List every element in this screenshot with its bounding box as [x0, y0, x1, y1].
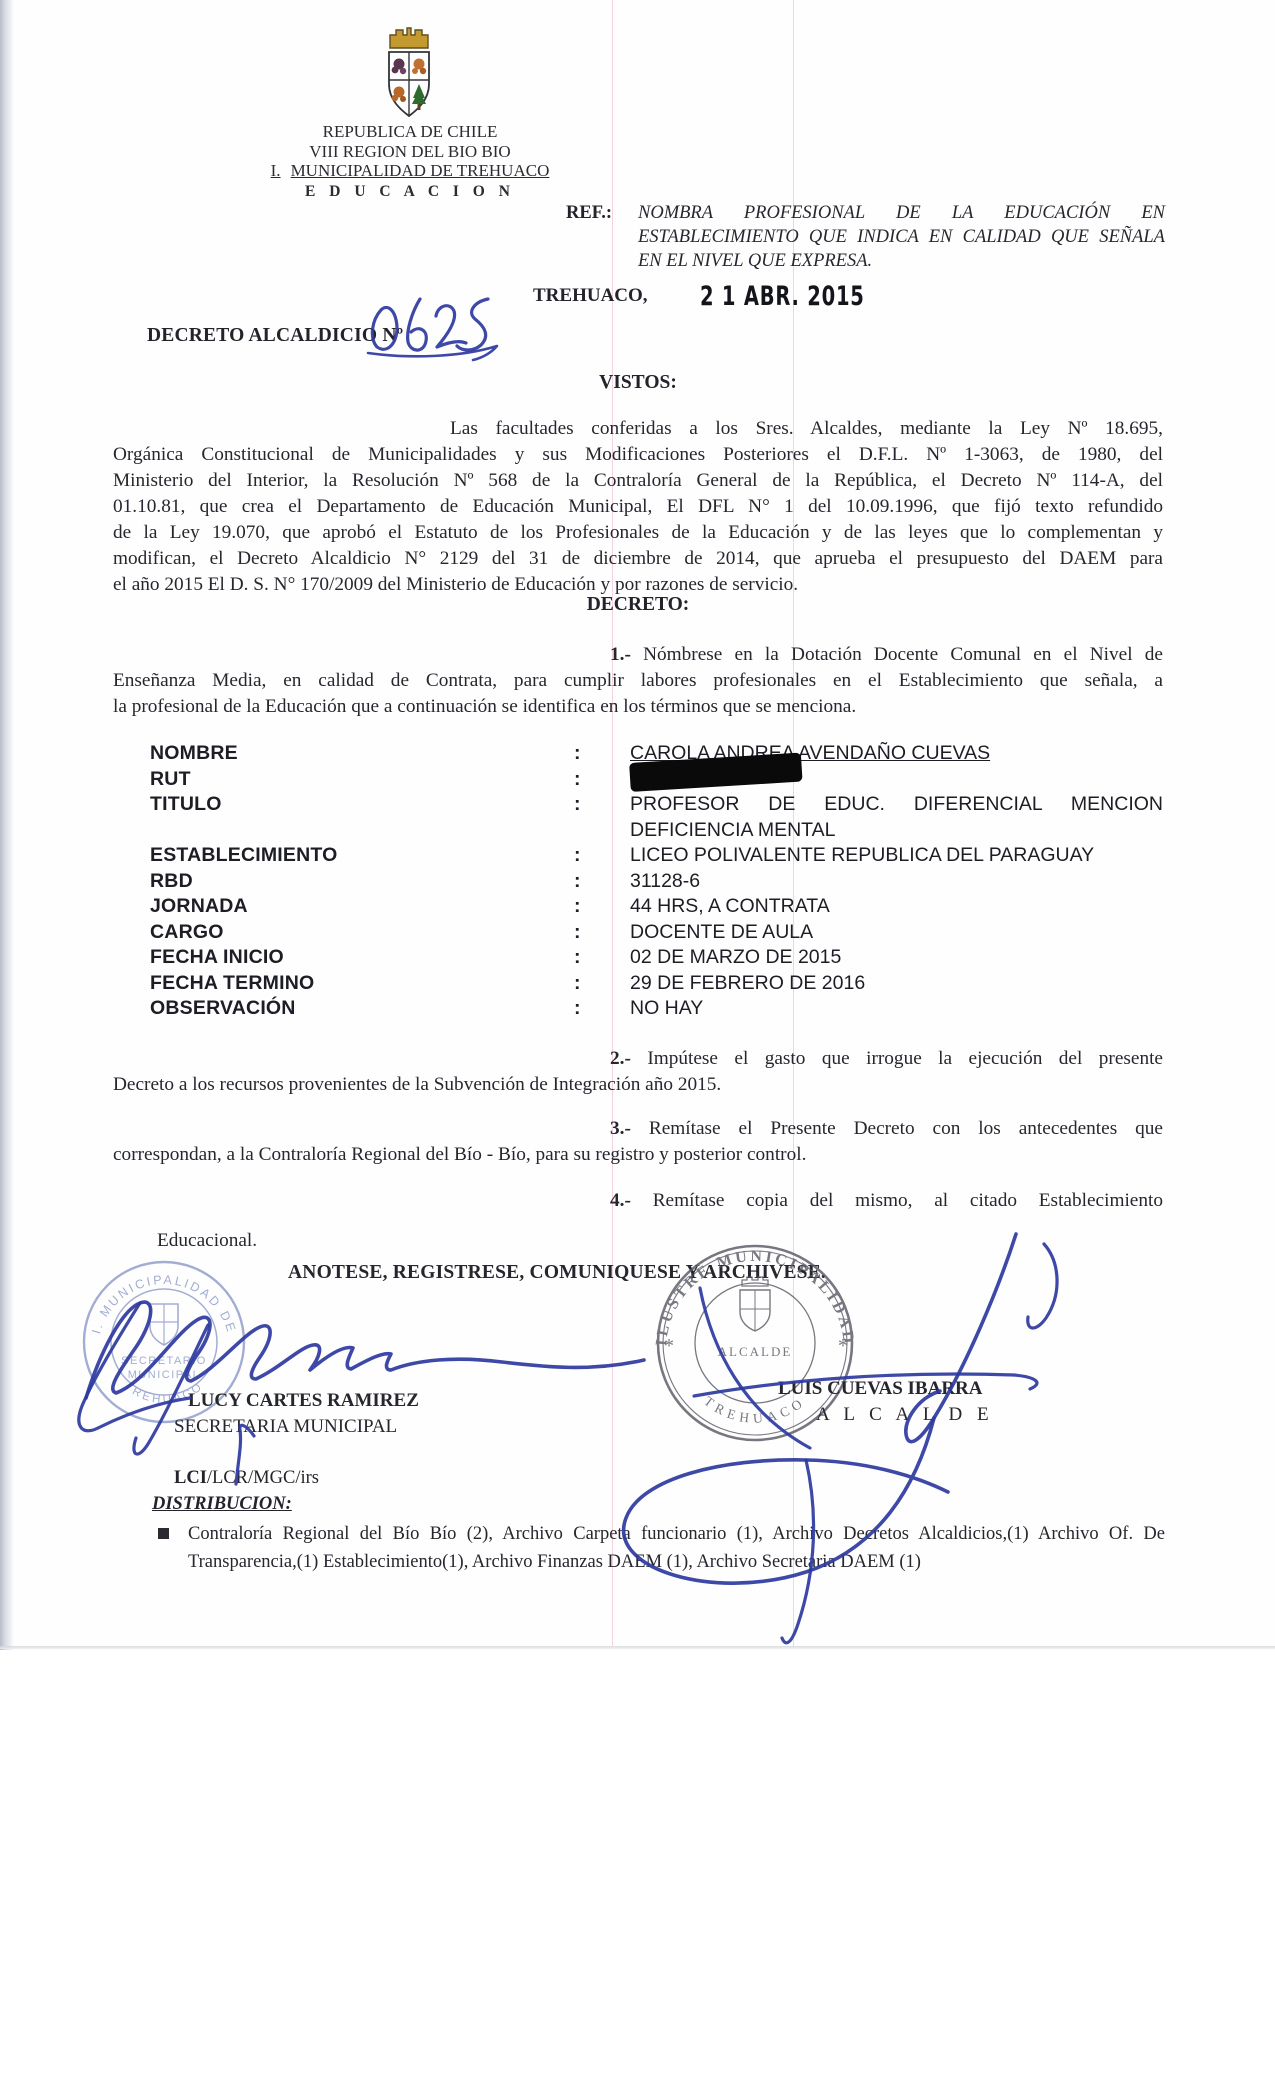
- field-row-observacion: OBSERVACIÓN: NO HAY: [150, 996, 1165, 1022]
- letterhead-country: REPUBLICA DE CHILE: [262, 122, 558, 142]
- distribution-label: DISTRIBUCION:: [152, 1494, 292, 1515]
- distribution-list: Contraloría Regional del Bío Bío (2), Ar…: [188, 1520, 1165, 1576]
- field-row-rbd: RBD: 31128-6: [150, 869, 1165, 895]
- article-3-number: 3.-: [610, 1118, 631, 1139]
- alcalde-stamp-star-right: *: [838, 1335, 848, 1357]
- initials-line: LCI/LCR/MGC/irs: [174, 1468, 319, 1489]
- vistos-paragraph: Las facultades conferidas a los Sres. Al…: [113, 416, 1163, 598]
- field-row-jornada: JORNADA: 44 HRS, A CONTRATA: [150, 894, 1165, 920]
- letterhead: REPUBLICA DE CHILE VIII REGION DEL BIO B…: [262, 122, 558, 201]
- article-1-number: 1.-: [610, 644, 631, 665]
- field-row-cargo: CARGO: DOCENTE DE AULA: [150, 920, 1165, 946]
- field-row-titulo: TITULO: PROFESOR DE EDUC. DIFERENCIAL ME…: [150, 792, 1165, 843]
- municipal-crest-icon: [378, 26, 440, 122]
- dateline-city: TREHUACO,: [533, 285, 648, 307]
- appointment-fields: NOMBRE: CAROLA ANDREA AVENDAÑO CUEVAS RU…: [150, 741, 1165, 1022]
- bullet-square-icon: [158, 1528, 169, 1539]
- date-stamp: 2 1 ABR. 2015: [700, 281, 865, 311]
- article-2: 2.- Impútese el gasto que irrogue la eje…: [113, 1046, 1163, 1098]
- field-row-fecha-termino: FECHA TERMINO: 29 DE FEBRERO DE 2016: [150, 971, 1165, 997]
- document-sheet: REPUBLICA DE CHILE VIII REGION DEL BIO B…: [0, 0, 1275, 1650]
- article-4-number: 4.-: [610, 1190, 631, 1211]
- alcalde-stamp-center: ALCALDE: [718, 1344, 793, 1359]
- alcalde-title: A L C A L D E: [816, 1402, 994, 1428]
- secretary-signature-block: LUCY CARTES RAMIREZ SECRETARIA MUNICIPAL: [174, 1388, 419, 1440]
- field-row-fecha-inicio: FECHA INICIO: 02 DE MARZO DE 2015: [150, 945, 1165, 971]
- letterhead-region: VIII REGION DEL BIO BIO: [262, 142, 558, 162]
- article-4: 4.- Remítase copia del mismo, al citado …: [113, 1188, 1163, 1254]
- secretary-title: SECRETARIA MUNICIPAL: [174, 1414, 419, 1440]
- secretary-stamp-center2: MUNICIPAL: [128, 1369, 201, 1381]
- scan-edge-shadow: [0, 0, 14, 1650]
- article-1: 1.- Nómbrese en la Dotación Docente Comu…: [113, 642, 1163, 720]
- decree-number-label: DECRETO ALCALDICIO Nº: [147, 325, 403, 347]
- letterhead-department: E D U C A C I O N: [262, 182, 558, 202]
- field-row-rut: RUT:: [150, 767, 1165, 793]
- scanned-document: REPUBLICA DE CHILE VIII REGION DEL BIO B…: [0, 0, 1275, 2100]
- field-row-establecimiento: ESTABLECIMIENTO: LICEO POLIVALENTE REPUB…: [150, 843, 1165, 869]
- field-value-titulo: PROFESOR DE EDUC. DIFERENCIAL MENCION DE…: [630, 792, 1163, 843]
- vistos-heading: VISTOS:: [113, 372, 1163, 394]
- secretary-stamp-center1: SECRETARIO: [121, 1355, 207, 1367]
- sheet-bottom-edge: [0, 1646, 1275, 1649]
- letterhead-municipality: I.MUNICIPALIDAD DE TREHUACO: [262, 161, 558, 181]
- alcalde-stamp-star-left: *: [664, 1335, 674, 1357]
- article-2-number: 2.-: [610, 1048, 631, 1069]
- alcalde-name: LUIS CUEVAS IBARRA: [778, 1376, 994, 1402]
- secretary-name: LUCY CARTES RAMIREZ: [188, 1388, 419, 1414]
- ref-label: REF.:: [566, 203, 612, 224]
- alcalde-signature-block: LUIS CUEVAS IBARRA A L C A L D E: [778, 1376, 994, 1428]
- ref-text: NOMBRA PROFESIONAL DE LA EDUCACIÓN EN ES…: [638, 201, 1165, 273]
- article-3: 3.- Remítase el Presente Decreto con los…: [113, 1116, 1163, 1168]
